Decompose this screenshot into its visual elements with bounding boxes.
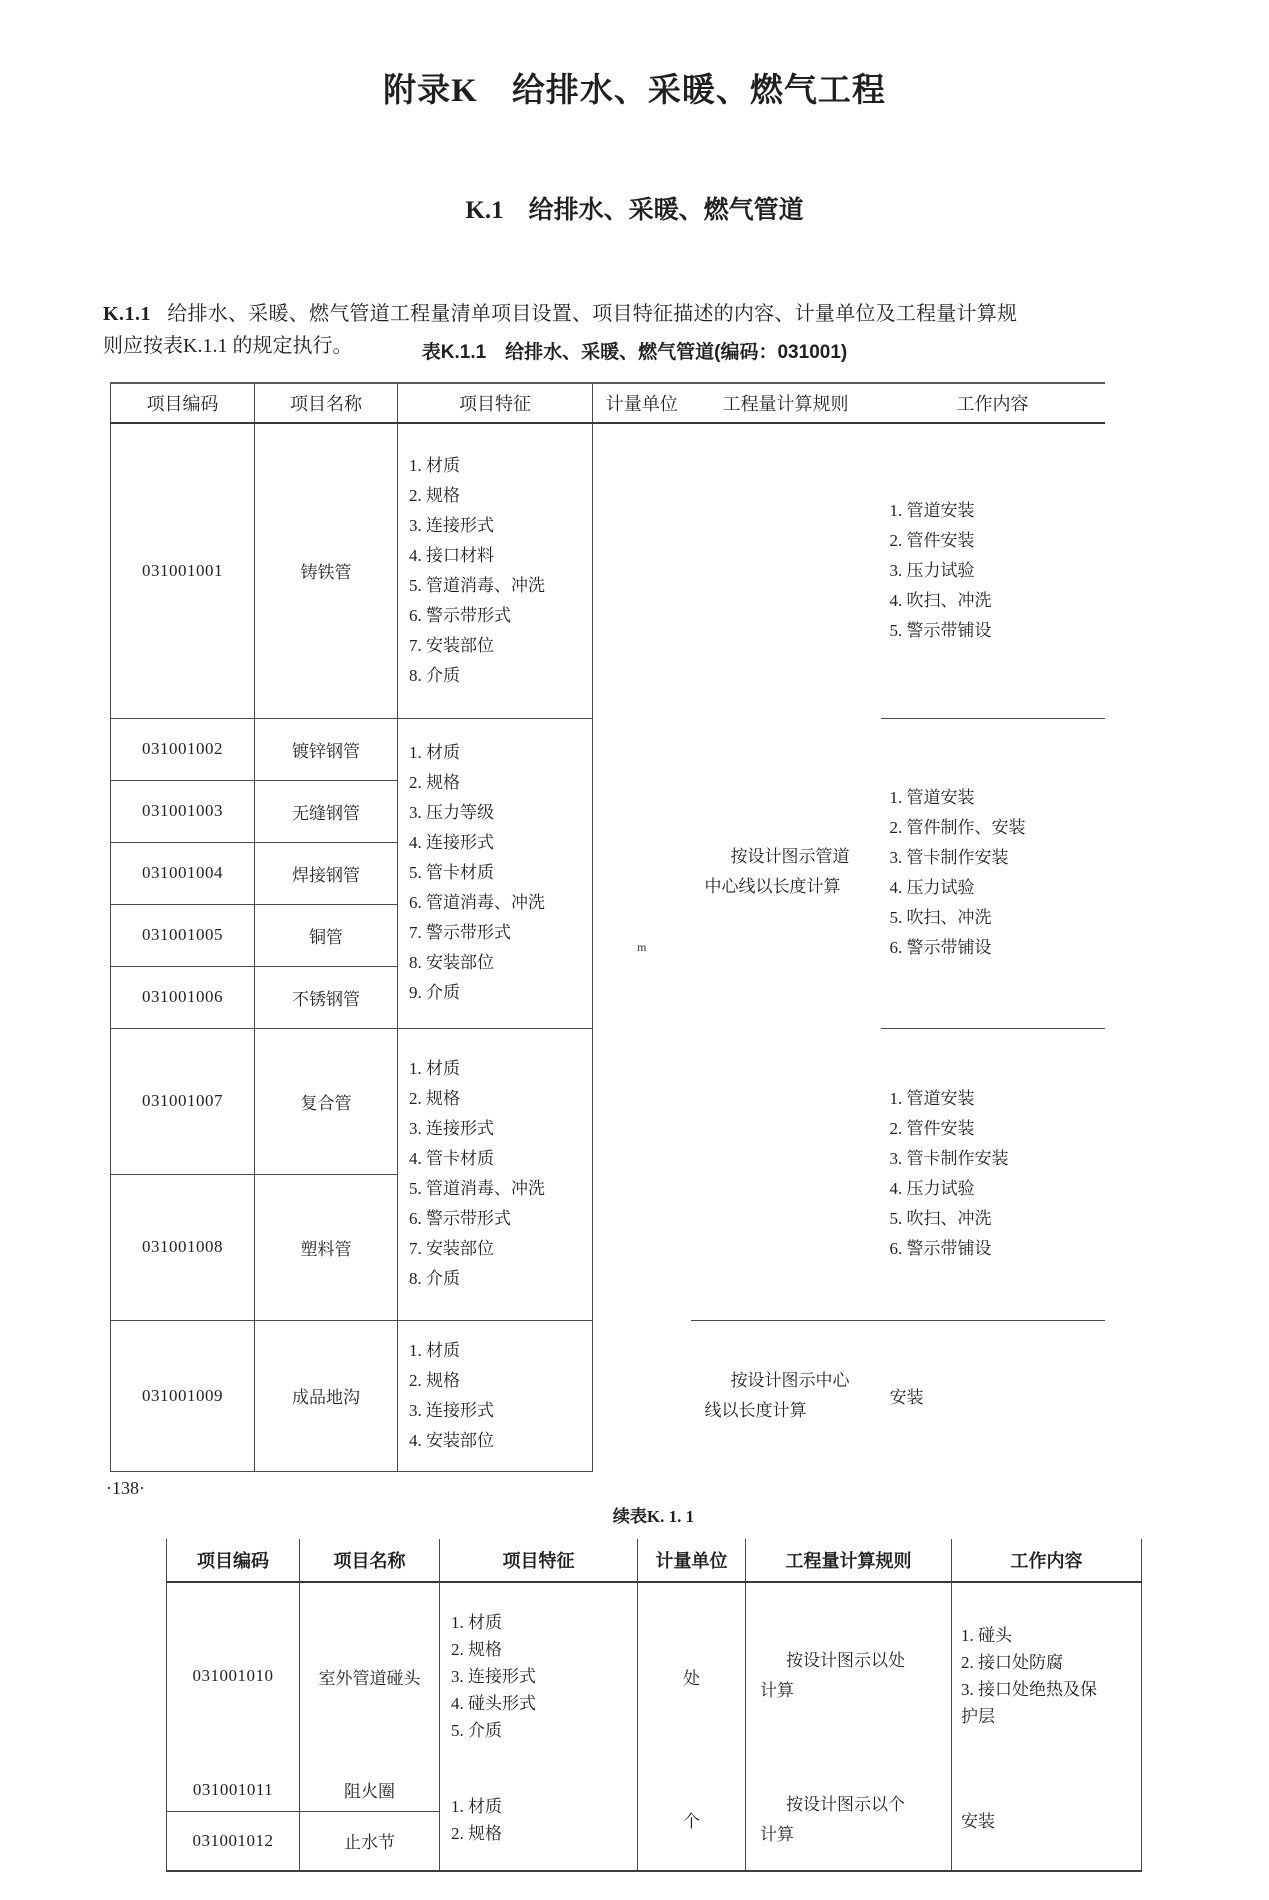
work-content-row1: 1. 管道安装 2. 管件安装 3. 压力试验 4. 吹扫、冲洗 5. 警示带铺… (881, 423, 1105, 718)
item-name: 止水节 (300, 1811, 440, 1871)
table-k11: 项目编码 项目名称 项目特征 计量单位 工程量计算规则 工作内容 0310010… (110, 382, 1105, 1472)
item-name: 铸铁管 (255, 423, 398, 718)
rule-cell-rows11to12: 按设计图示以个 计算 (746, 1769, 952, 1871)
item-code: 031001007 (111, 1028, 255, 1174)
item-code: 031001011 (167, 1769, 300, 1811)
item-name: 复合管 (255, 1028, 398, 1174)
table1-header-row: 项目编码 项目名称 项目特征 计量单位 工程量计算规则 工作内容 (111, 383, 1105, 423)
item-code: 031001002 (111, 718, 255, 780)
item-name: 镀锌钢管 (255, 718, 398, 780)
section-title: K.1 给排水、采暖、燃气管道 (0, 190, 1269, 226)
work-content-rows7to8: 1. 管道安装 2. 管件安装 3. 管卡制作安装 4. 压力试验 5. 吹扫、… (881, 1028, 1105, 1320)
item-code: 031001012 (167, 1811, 300, 1871)
item-name: 焊接钢管 (255, 842, 398, 904)
table1-header-features: 项目特征 (398, 383, 593, 423)
item-name: 阻火圈 (300, 1769, 440, 1811)
unit-cell-rows1to8: m (593, 423, 691, 1320)
rule-cell-rows1to8: 按设计图示管道 中心线以长度计算 (691, 423, 881, 1320)
table2-header-row: 项目编码 项目名称 项目特征 计量单位 工程量计算规则 工作内容 (167, 1539, 1142, 1582)
item-code: 031001009 (111, 1320, 255, 1471)
document-page: 附录K 给排水、采暖、燃气工程 K.1 给排水、采暖、燃气管道 K.1.1给排水… (0, 0, 1269, 1900)
table2-header-unit: 计量单位 (638, 1539, 746, 1582)
rule-cell-row10: 按设计图示以处 计算 (746, 1582, 952, 1769)
item-code: 031001001 (111, 423, 255, 718)
item-name: 不锈钢管 (255, 966, 398, 1028)
item-features-rows2to6: 1. 材质 2. 规格 3. 压力等级 4. 连接形式 5. 管卡材质 6. 管… (398, 718, 593, 1028)
item-name: 室外管道碰头 (300, 1582, 440, 1769)
work-content-row9: 安装 (881, 1320, 1105, 1471)
item-code: 031001008 (111, 1174, 255, 1320)
item-name: 成品地沟 (255, 1320, 398, 1471)
table2-header-features: 项目特征 (440, 1539, 638, 1582)
item-code: 031001010 (167, 1582, 300, 1769)
item-features-rows11to12: 1. 材质 2. 规格 (440, 1769, 638, 1871)
rule-cell-row9: 按设计图示中心 线以长度计算 (691, 1320, 881, 1471)
continuation-table-title: 续表K. 1. 1 (166, 1502, 1141, 1527)
unit-cell-row9 (593, 1320, 691, 1471)
unit-cell-row10: 处 (638, 1582, 746, 1769)
table2-header-rule: 工程量计算规则 (746, 1539, 952, 1582)
clause-number: K.1.1 (103, 303, 151, 325)
work-content-row10: 1. 碰头 2. 接口处防腐 3. 接口处绝热及保 护层 (952, 1582, 1142, 1769)
work-content-rows2to6: 1. 管道安装 2. 管件制作、安装 3. 管卡制作安装 4. 压力试验 5. … (881, 718, 1105, 1028)
table2-header-code: 项目编码 (167, 1539, 300, 1582)
table1-header-unit: 计量单位 (593, 383, 691, 423)
item-code: 031001006 (111, 966, 255, 1028)
table1-title: 表K.1.1 给排水、采暖、燃气管道(编码：031001) (0, 337, 1269, 364)
work-content-rows11to12: 安装 (952, 1769, 1142, 1871)
table2-header-work: 工作内容 (952, 1539, 1142, 1582)
item-name: 无缝钢管 (255, 780, 398, 842)
item-features: 1. 材质 2. 规格 3. 连接形式 4. 接口材料 5. 管道消毒、冲洗 6… (398, 423, 593, 718)
item-features: 1. 材质 2. 规格 3. 连接形式 4. 碰头形式 5. 介质 (440, 1582, 638, 1769)
table1-header-work: 工作内容 (881, 383, 1105, 423)
page-number: ·138· (106, 1478, 145, 1499)
item-code: 031001003 (111, 780, 255, 842)
table-row: 031001009 成品地沟 1. 材质 2. 规格 3. 连接形式 4. 安装… (111, 1320, 1105, 1471)
item-code: 031001004 (111, 842, 255, 904)
table-row: 031001001 铸铁管 1. 材质 2. 规格 3. 连接形式 4. 接口材… (111, 423, 1105, 718)
unit-cell-rows11to12: 个 (638, 1769, 746, 1871)
table-row: 031001011 阻火圈 1. 材质 2. 规格 个 按设计图示以个 计算 安… (167, 1769, 1142, 1811)
item-features: 1. 材质 2. 规格 3. 连接形式 4. 安装部位 (398, 1320, 593, 1471)
table1-header-name: 项目名称 (255, 383, 398, 423)
item-name: 铜管 (255, 904, 398, 966)
table-row: 031001010 室外管道碰头 1. 材质 2. 规格 3. 连接形式 4. … (167, 1582, 1142, 1769)
item-features-rows7to8: 1. 材质 2. 规格 3. 连接形式 4. 管卡材质 5. 管道消毒、冲洗 6… (398, 1028, 593, 1320)
table2-header-name: 项目名称 (300, 1539, 440, 1582)
table-k11-continued: 项目编码 项目名称 项目特征 计量单位 工程量计算规则 工作内容 0310010… (166, 1539, 1142, 1872)
item-code: 031001005 (111, 904, 255, 966)
appendix-title: 附录K 给排水、采暖、燃气工程 (0, 64, 1269, 111)
item-name: 塑料管 (255, 1174, 398, 1320)
table1-header-rule: 工程量计算规则 (691, 383, 881, 423)
table1-header-code: 项目编码 (111, 383, 255, 423)
